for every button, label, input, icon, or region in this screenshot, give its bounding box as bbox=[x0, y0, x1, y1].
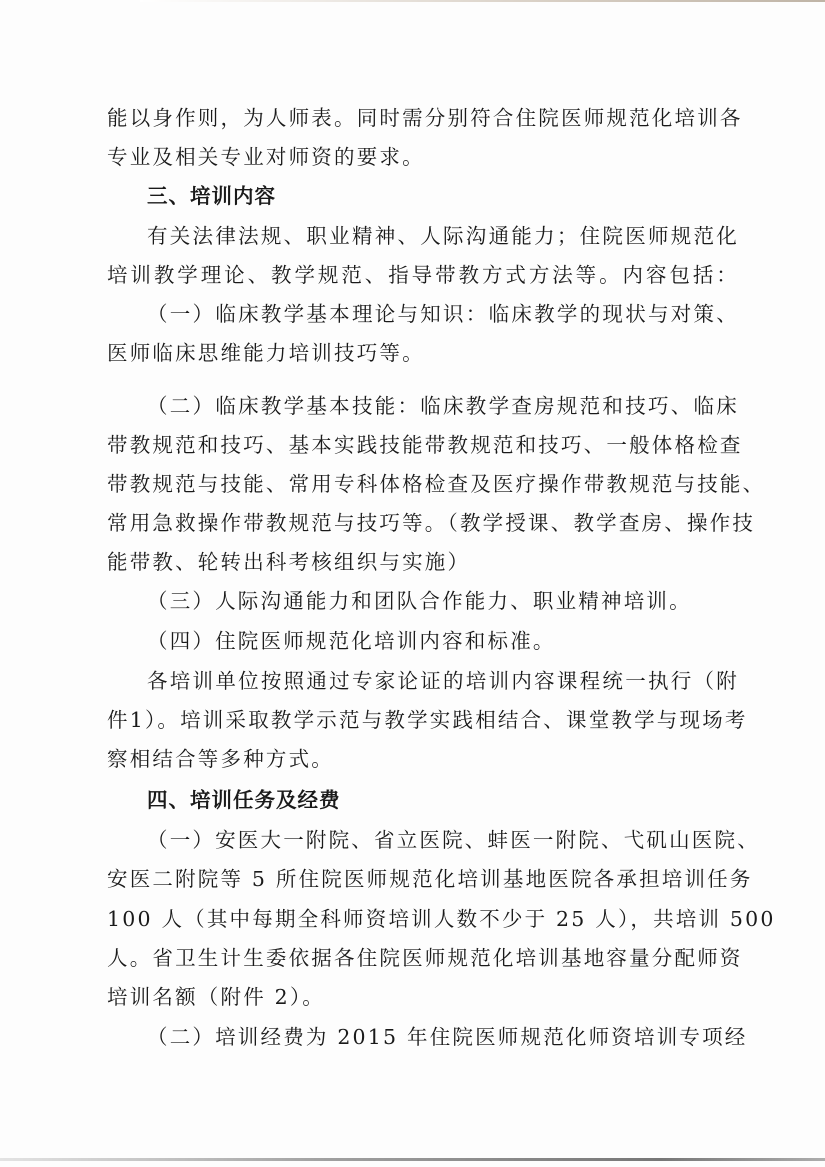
list-item-line: 培训名额（附件 2）。 bbox=[107, 982, 739, 1012]
list-item-line: 人。省卫生计生委依据各住院医师规范化培训基地容量分配师资 bbox=[107, 943, 739, 973]
paragraph-line: 培训教学理论、教学规范、指导带教方式方法等。内容包括： bbox=[107, 260, 739, 290]
list-item-line: 带教规范与技能、常用专科体格检查及医疗操作带教规范与技能、 bbox=[107, 469, 739, 499]
scan-edge-bottom bbox=[0, 1158, 825, 1161]
paragraph-line: 察相结合等多种方式。 bbox=[107, 744, 739, 774]
list-item-line: （三）人际沟通能力和团队合作能力、职业精神培训。 bbox=[147, 586, 739, 616]
list-item-line: 100 人（其中每期全科师资培训人数不少于 25 人），共培训 500 bbox=[107, 904, 739, 934]
list-item-line: （一）安医大一附院、省立医院、蚌医一附院、弋矶山医院、 bbox=[147, 825, 739, 855]
paragraph-line: 能以身作则，为人师表。同时需分别符合住院医师规范化培训各 bbox=[107, 103, 739, 133]
list-item-line: （二）培训经费为 2015 年住院医师规范化师资培训专项经 bbox=[147, 1022, 739, 1052]
paragraph-line: 各培训单位按照通过专家论证的培训内容课程统一执行（附 bbox=[147, 666, 739, 696]
list-item-line: 常用急救操作带教规范与技巧等。（教学授课、教学查房、操作技 bbox=[107, 508, 739, 538]
section-heading-tasks-and-funding: 四、培训任务及经费 bbox=[147, 785, 739, 815]
list-item-line: 带教规范和技巧、基本实践技能带教规范和技巧、一般体格检查 bbox=[107, 430, 739, 460]
list-item-line: （四）住院医师规范化培训内容和标准。 bbox=[147, 626, 739, 656]
paragraph-line: 有关法律法规、职业精神、人际沟通能力；住院医师规范化 bbox=[147, 221, 739, 251]
list-item-line: 能带教、轮转出科考核组织与实施） bbox=[107, 547, 739, 577]
list-item-line: 安医二附院等 5 所住院医师规范化培训基地医院各承担培训任务 bbox=[107, 864, 739, 894]
list-item-line: （二）临床教学基本技能：临床教学查房规范和技巧、临床 bbox=[147, 391, 739, 421]
list-item-line: （一）临床教学基本理论与知识：临床教学的现状与对策、 bbox=[147, 299, 739, 329]
section-heading-training-content: 三、培训内容 bbox=[147, 181, 739, 211]
scanned-document-page: 能以身作则，为人师表。同时需分别符合住院医师规范化培训各 专业及相关专业对师资的… bbox=[0, 0, 825, 1167]
paragraph-line: 专业及相关专业对师资的要求。 bbox=[107, 142, 739, 172]
scan-edge-top bbox=[140, 0, 825, 2]
list-item-line: 医师临床思维能力培训技巧等。 bbox=[107, 338, 739, 368]
paragraph-line: 件1）。培训采取教学示范与教学实践相结合、课堂教学与现场考 bbox=[107, 705, 739, 735]
